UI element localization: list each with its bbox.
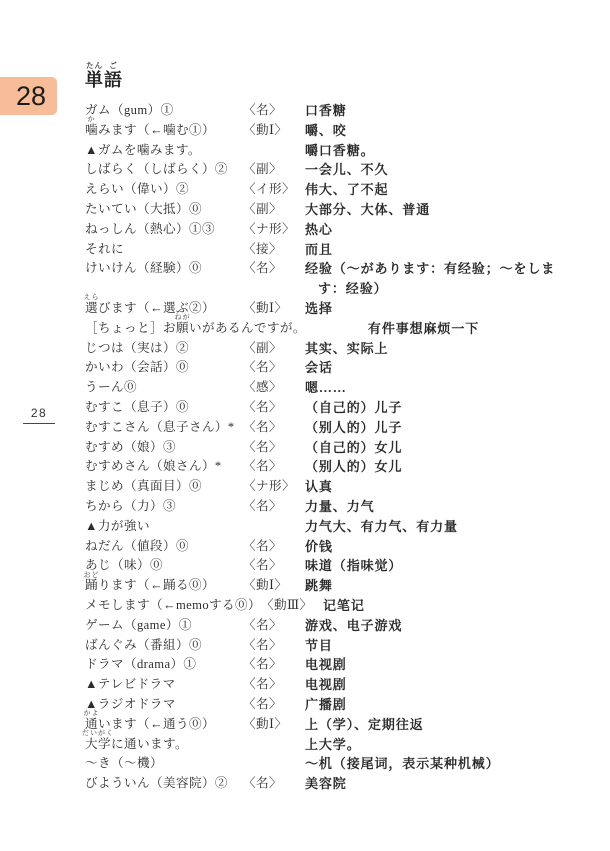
term-cell: ～き（～機） [85,754,243,774]
term-cell: ねだん（値段）⓪ [85,537,243,557]
pos-cell [243,754,305,774]
term-cell: 踊おどります（←踊る⓪） [85,576,243,596]
meaning-line: 口香糖 [305,101,585,121]
pos-cell: 〈名〉 [243,675,305,695]
pos-cell: 〈動Ⅲ〉 [261,596,323,616]
meaning-line: 力气大、有力气、有力量 [305,517,585,537]
meaning-cell: 嚼、咬 [305,121,585,141]
term-cell: ▲力が強い [85,517,243,537]
lesson-number-badge: 28 [0,77,57,115]
meaning-line: （别人的）女儿 [305,457,585,477]
meaning-cell: 会话 [305,358,585,378]
vocab-row: 選えらびます（←選ぶ②）〈動Ⅰ〉选择 [85,299,585,319]
meaning-line: （别人的）儿子 [305,418,585,438]
meaning-cell: 选择 [305,299,585,319]
vocab-row: まじめ（真面目）⓪〈ナ形〉认真 [85,477,585,497]
pos-cell: 〈副〉 [243,200,305,220]
vocab-row: ▲テレビドラマ〈名〉电视剧 [85,675,585,695]
term-cell: ガム（gum）① [85,101,243,121]
pos-cell [243,517,305,537]
meaning-line: 记笔记 [323,596,585,616]
term-cell: ばんぐみ（番組）⓪ [85,636,243,656]
meaning-line: 而且 [305,240,585,260]
vocab-row: じつは（実は）②〈副〉其实、实际上 [85,339,585,359]
vocab-row: ～き（～機）～机（接尾词，表示某种机械） [85,754,585,774]
meaning-cell: 味道（指味觉） [305,556,585,576]
meaning-line: 节目 [305,636,585,656]
meaning-line: 上大学。 [305,735,585,755]
term-cell: ▲ラジオドラマ [85,695,243,715]
term-cell: びよういん（美容院）② [85,774,243,794]
pos-cell: 〈名〉 [243,398,305,418]
vocab-row: ねっしん（熱心）①③〈ナ形〉热心 [85,220,585,240]
pos-cell: 〈感〉 [243,378,305,398]
vocab-row: しばらく（しばらく）②〈副〉一会儿、不久 [85,160,585,180]
meaning-line: 会话 [305,358,585,378]
pos-cell: 〈イ形〉 [243,180,305,200]
meaning-line: 价钱 [305,537,585,557]
pos-cell: 〈動Ⅰ〉 [243,299,305,319]
meaning-line: 大部分、大体、普通 [305,200,585,220]
pos-cell: 〈名〉 [243,537,305,557]
pos-cell: 〈名〉 [243,101,305,121]
pos-cell: 〈動Ⅰ〉 [243,576,305,596]
vocab-row: むすこ（息子）⓪〈名〉（自己的）儿子 [85,398,585,418]
vocab-row: むすめ（娘）③〈名〉（自己的）女儿 [85,438,585,458]
meaning-cell: 电视剧 [305,675,585,695]
meaning-cell: （自己的）女儿 [305,438,585,458]
pos-cell: 〈名〉 [243,358,305,378]
meaning-cell: 伟大、了不起 [305,180,585,200]
meaning-cell: 上（学）、定期往返 [305,715,585,735]
page-number: 28 [23,406,55,424]
vocab-section: 単たん語ご ガム（gum）①〈名〉口香糖噛かみます（←噛む①）〈動Ⅰ〉嚼、咬▲ガ… [85,58,585,794]
term-cell: しばらく（しばらく）② [85,160,243,180]
pos-cell [306,319,368,339]
vocab-row: あじ（味）⓪〈名〉味道（指味觉） [85,556,585,576]
furigana: たん [86,62,103,70]
meaning-line: 美容院 [305,774,585,794]
meaning-cell: 游戏、电子游戏 [305,616,585,636]
ruby-base: 噛か [85,123,98,137]
vocab-row: ［ちょっと］お願ねがいがあるんですが。有件事想麻烦一下 [85,319,585,339]
vocab-row: 噛かみます（←噛む①）〈動Ⅰ〉嚼、咬 [85,121,585,141]
vocab-row: かいわ（会話）⓪〈名〉会话 [85,358,585,378]
term-cell: ▲テレビドラマ [85,675,243,695]
meaning-cell: （自己的）儿子 [305,398,585,418]
ruby-base: 願ねが [176,321,189,335]
meaning-cell: 热心 [305,220,585,240]
meaning-cell: ～机（接尾词，表示某种机械） [305,754,585,774]
meaning-line: 认真 [305,477,585,497]
meaning-cell: 其实、实际上 [305,339,585,359]
meaning-line: ～机（接尾词，表示某种机械） [305,754,585,774]
pos-cell: 〈動Ⅰ〉 [243,121,305,141]
term-cell: うーん⓪ [85,378,243,398]
section-title: 単たん語ご [85,58,585,89]
meaning-line: 一会儿、不久 [305,160,585,180]
pos-cell: 〈名〉 [243,616,305,636]
term-cell: ねっしん（熱心）①③ [85,220,243,240]
term-cell: メモします（←memoする⓪） [85,596,261,616]
vocab-row: それに〈接〉而且 [85,240,585,260]
term-cell: それに [85,240,243,260]
ruby-base: 単たん [85,70,104,90]
pos-cell: 〈名〉 [243,497,305,517]
meaning-cell: 嗯…… [305,378,585,398]
term-cell: むすこ（息子）⓪ [85,398,243,418]
term-cell: ちから（力）③ [85,497,243,517]
meaning-cell: （别人的）女儿 [305,457,585,477]
meaning-line: 伟大、了不起 [305,180,585,200]
meaning-line: 跳舞 [305,576,585,596]
pos-cell: 〈ナ形〉 [243,477,305,497]
meaning-cell: 大部分、大体、普通 [305,200,585,220]
term-cell: むすこさん（息子さん）* [85,418,243,438]
ruby-base: 語ご [104,70,123,90]
meaning-line: 上（学）、定期往返 [305,715,585,735]
meaning-cell: （别人的）儿子 [305,418,585,438]
meaning-cell: 经验（～があります：有经验；～をします：经验） [305,259,585,299]
meaning-line: 经验（～があります：有经验；～をしま [305,259,585,279]
vocab-row: ▲ラジオドラマ〈名〉广播剧 [85,695,585,715]
vocab-row: むすこさん（息子さん）*〈名〉（别人的）儿子 [85,418,585,438]
meaning-line: 游戏、电子游戏 [305,616,585,636]
pos-cell: 〈名〉 [243,655,305,675]
vocab-row: 大学だいがくに通います。上大学。 [85,735,585,755]
meaning-line: 嚼、咬 [305,121,585,141]
pos-cell: 〈名〉 [243,695,305,715]
meaning-cell: 记笔记 [323,596,585,616]
furigana: おど [84,572,100,579]
vocab-row: 通かよいます（←通う⓪）〈動Ⅰ〉上（学）、定期往返 [85,715,585,735]
term-cell: かいわ（会話）⓪ [85,358,243,378]
furigana: だいがく [82,730,114,737]
vocab-row: たいてい（大抵）⓪〈副〉大部分、大体、普通 [85,200,585,220]
meaning-cell: 价钱 [305,537,585,557]
meaning-line: 电视剧 [305,655,585,675]
meaning-cell: 力气大、有力气、有力量 [305,517,585,537]
meaning-line: 电视剧 [305,675,585,695]
term-cell: ▲ガムを噛みます。 [85,141,243,161]
ruby-base: 大学だいがく [85,737,111,751]
meaning-line: 选择 [305,299,585,319]
term-cell: あじ（味）⓪ [85,556,243,576]
meaning-cell: 美容院 [305,774,585,794]
furigana: ねが [174,314,190,321]
term-cell: けいけん（経験）⓪ [85,259,243,299]
meaning-cell: 跳舞 [305,576,585,596]
vocab-table: ガム（gum）①〈名〉口香糖噛かみます（←噛む①）〈動Ⅰ〉嚼、咬▲ガムを噛みます… [85,101,585,794]
meaning-cell: 口香糖 [305,101,585,121]
meaning-line: 广播剧 [305,695,585,715]
term-cell: じつは（実は）② [85,339,243,359]
furigana: かよ [84,710,100,717]
term-cell: たいてい（大抵）⓪ [85,200,243,220]
pos-cell: 〈副〉 [243,339,305,359]
ruby-base: 踊おど [85,578,98,592]
meaning-cell: 上大学。 [305,735,585,755]
meaning-cell: 力量、力气 [305,497,585,517]
ruby-base: 選えら [85,301,98,315]
vocab-row: 踊おどります（←踊る⓪）〈動Ⅰ〉跳舞 [85,576,585,596]
vocab-row: ばんぐみ（番組）⓪〈名〉节目 [85,636,585,656]
vocab-row: ちから（力）③〈名〉力量、力气 [85,497,585,517]
pos-cell: 〈副〉 [243,160,305,180]
meaning-line: 其实、实际上 [305,339,585,359]
meaning-line: す：经验） [305,279,585,299]
furigana: えら [84,294,100,301]
pos-cell: 〈名〉 [243,438,305,458]
term-cell: えらい（偉い）② [85,180,243,200]
term-cell: 選えらびます（←選ぶ②） [85,299,243,319]
term-cell: ドラマ（drama）① [85,655,243,675]
term-cell: 噛かみます（←噛む①） [85,121,243,141]
vocab-row: けいけん（経験）⓪〈名〉经验（～があります：有经验；～をします：经验） [85,259,585,299]
vocab-row: ▲ガムを噛みます。嚼口香糖。 [85,141,585,161]
meaning-line: （自己的）儿子 [305,398,585,418]
pos-cell: 〈接〉 [243,240,305,260]
pos-cell: 〈名〉 [243,259,305,299]
meaning-line: 嚼口香糖。 [305,141,585,161]
pos-cell [243,735,305,755]
meaning-cell: 广播剧 [305,695,585,715]
textbook-page: 28 28 単たん語ご ガム（gum）①〈名〉口香糖噛かみます（←噛む①）〈動Ⅰ… [0,0,610,851]
meaning-line: （自己的）女儿 [305,438,585,458]
furigana: ご [109,62,118,70]
vocab-row: ▲力が強い力气大、有力气、有力量 [85,517,585,537]
vocab-row: えらい（偉い）②〈イ形〉伟大、了不起 [85,180,585,200]
pos-cell: 〈名〉 [243,556,305,576]
pos-cell: 〈名〉 [243,636,305,656]
meaning-cell: 节目 [305,636,585,656]
term-cell: ［ちょっと］お願ねがいがあるんですが。 [85,319,306,339]
vocab-row: ねだん（値段）⓪〈名〉价钱 [85,537,585,557]
vocab-row: メモします（←memoする⓪）〈動Ⅲ〉记笔记 [85,596,585,616]
term-cell: まじめ（真面目）⓪ [85,477,243,497]
meaning-cell: 嚼口香糖。 [305,141,585,161]
meaning-line: 嗯…… [305,378,585,398]
vocab-row: うーん⓪〈感〉嗯…… [85,378,585,398]
vocab-row: ドラマ（drama）①〈名〉电视剧 [85,655,585,675]
meaning-cell: 有件事想麻烦一下 [368,319,585,339]
term-cell: ゲーム（game）① [85,616,243,636]
term-cell: 大学だいがくに通います。 [85,735,243,755]
pos-cell [243,141,305,161]
meaning-line: 热心 [305,220,585,240]
meaning-cell: 一会儿、不久 [305,160,585,180]
pos-cell: 〈名〉 [243,457,305,477]
vocab-row: ゲーム（game）①〈名〉游戏、电子游戏 [85,616,585,636]
vocab-row: びよういん（美容院）②〈名〉美容院 [85,774,585,794]
meaning-line: 有件事想麻烦一下 [368,319,585,339]
vocab-row: ガム（gum）①〈名〉口香糖 [85,101,585,121]
term-cell: むすめさん（娘さん）* [85,457,243,477]
vocab-row: むすめさん（娘さん）*〈名〉（别人的）女儿 [85,457,585,477]
pos-cell: 〈ナ形〉 [243,220,305,240]
pos-cell: 〈名〉 [243,774,305,794]
pos-cell: 〈動Ⅰ〉 [243,715,305,735]
meaning-cell: 认真 [305,477,585,497]
meaning-cell: 而且 [305,240,585,260]
furigana: か [88,116,96,123]
pos-cell: 〈名〉 [243,418,305,438]
meaning-cell: 电视剧 [305,655,585,675]
term-cell: むすめ（娘）③ [85,438,243,458]
meaning-line: 味道（指味觉） [305,556,585,576]
meaning-line: 力量、力气 [305,497,585,517]
